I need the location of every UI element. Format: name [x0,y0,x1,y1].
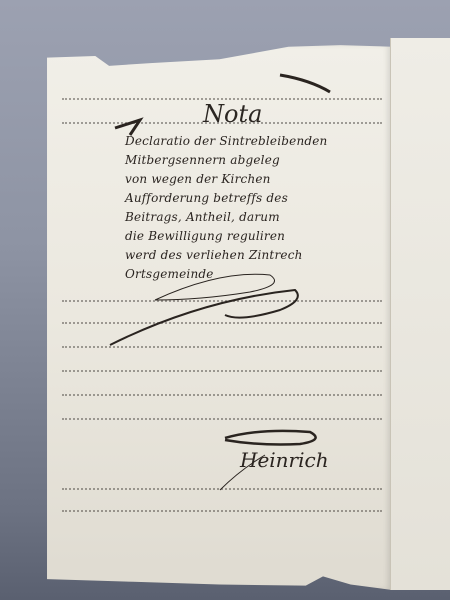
signature: Heinrich [240,448,329,472]
calligraphic-flourishes [0,0,450,600]
